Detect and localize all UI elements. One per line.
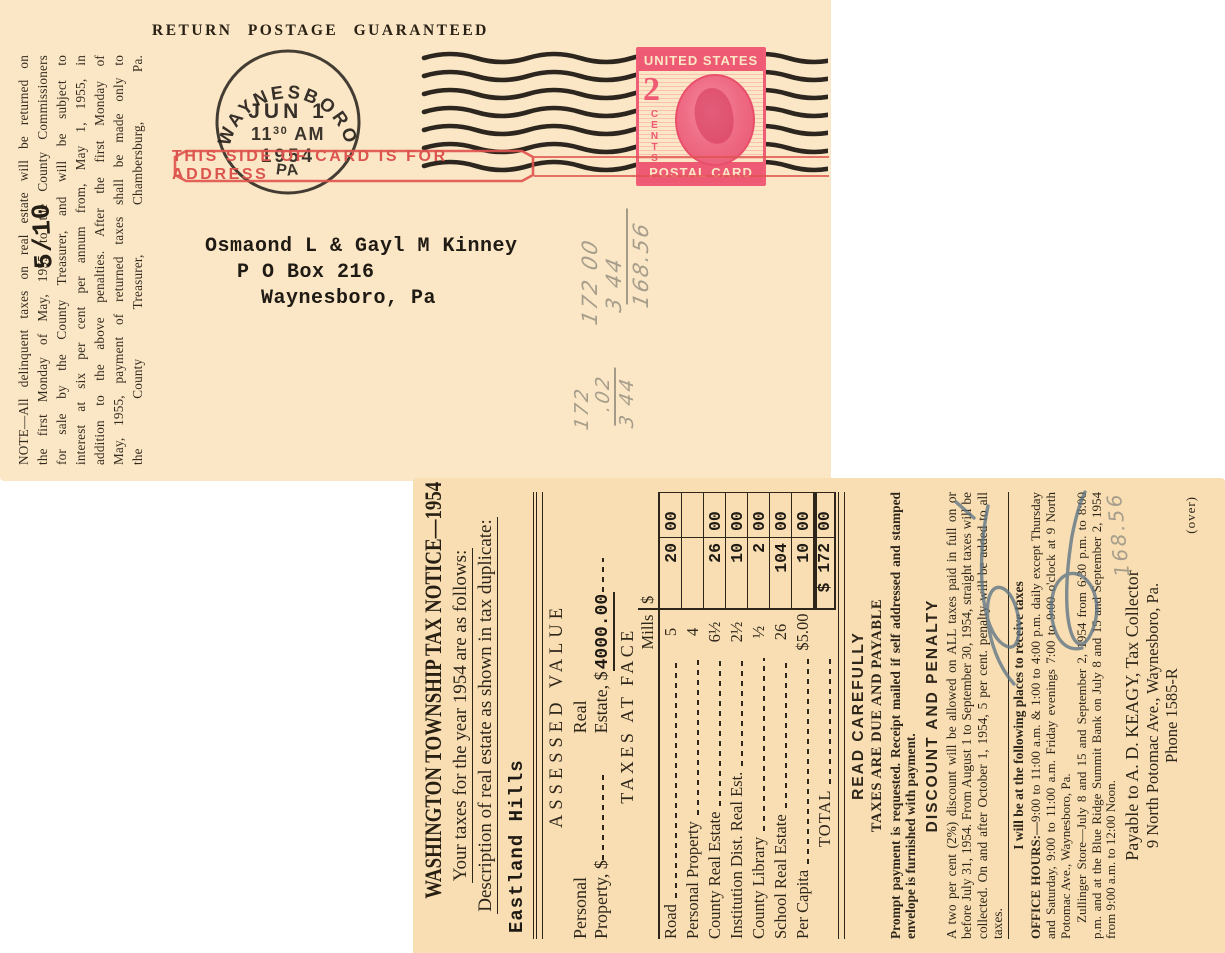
pencil-subtraction: 172 00 3 44 168.56 bbox=[578, 190, 653, 338]
note-line: the County Treasurer, Chambersburg, Pa. bbox=[128, 55, 147, 465]
note-line: addition to the above penalties. After t… bbox=[90, 55, 109, 465]
tax-row-cents: 00 bbox=[660, 493, 681, 537]
tax-table-row: County Library ½ 2 00 bbox=[748, 492, 770, 939]
dash-leader bbox=[675, 658, 677, 898]
tax-row-mills: 2½ bbox=[727, 610, 748, 654]
trailing-dashes bbox=[602, 558, 604, 592]
tax-row-dollars: 26 bbox=[704, 537, 725, 608]
postcard-scan: NOTE—All delinquent taxes on real estate… bbox=[0, 0, 1225, 953]
tax-row-dollars: 104 bbox=[770, 537, 791, 608]
personal-property-field: Personal Property, $ bbox=[570, 733, 614, 939]
tax-table: 168.56 Road 5 20 00 Personal Property 4 … bbox=[660, 492, 836, 939]
assessed-value-row: Personal Property, $ Real Estate, $4000.… bbox=[570, 492, 614, 939]
tax-row-label: County Library bbox=[749, 837, 770, 939]
typed-overprint: 5/10 bbox=[26, 202, 59, 270]
tax-row-mills bbox=[835, 610, 836, 654]
tax-row-label: County Real Estate bbox=[705, 812, 726, 939]
tax-row-cents: 00 bbox=[704, 493, 725, 537]
tax-row-cents: 00 bbox=[792, 493, 813, 537]
tax-table-header: Mills $ bbox=[638, 492, 660, 939]
tax-table-row: TOTAL $ 172 00 bbox=[814, 492, 836, 939]
tax-table-row: School Real Estate 26 104 00 bbox=[770, 492, 792, 939]
banner-extension-line bbox=[534, 175, 829, 177]
double-rule bbox=[838, 492, 845, 939]
dash-leader bbox=[807, 658, 809, 864]
stamp-denomination: 2 bbox=[643, 73, 660, 107]
tax-row-mills: 6½ bbox=[705, 610, 726, 654]
tax-row-mills: $5.00 bbox=[793, 610, 814, 654]
over-note: (over) bbox=[1183, 492, 1199, 939]
office-hours-label: OFFICE HOURS:— bbox=[1028, 822, 1043, 939]
stamp-center: 2 CENTS bbox=[639, 71, 763, 162]
tax-row-cents: 00 bbox=[748, 493, 769, 537]
tax-row-amount: 10 00 bbox=[726, 492, 748, 610]
amount-column-header: $ bbox=[638, 492, 658, 610]
postcard-tax-side: WASHINGTON TOWNSHIP TAX NOTICE—1954 TAXE… bbox=[413, 478, 1225, 953]
tax-table-row: Road 5 20 00 bbox=[660, 492, 682, 939]
pencil-multiplication: 172 .02 3 44 bbox=[572, 338, 638, 440]
subtitle-taxes: Your taxes for the year 1954 are as foll… bbox=[450, 492, 472, 939]
subtitle-description: Description of real estate as shown in t… bbox=[475, 492, 497, 939]
pencil-subtrahend: 3 44 bbox=[602, 195, 626, 314]
stamp-type-label: POSTAL CARD bbox=[639, 162, 763, 183]
return-postage-heading: RETURN POSTAGE GUARANTEED bbox=[152, 22, 489, 40]
tax-row-label: Personal Property bbox=[683, 821, 704, 939]
mills-column-header: Mills bbox=[638, 610, 658, 654]
banner-label: THIS SIDE OF CARD IS FOR ADDRESS bbox=[172, 148, 536, 184]
postmark-date: JUN 1 bbox=[248, 100, 328, 123]
prompt-payment-paragraph: Prompt payment is requested. Receipt mai… bbox=[888, 492, 919, 939]
tax-row-cents: 00 bbox=[817, 493, 834, 537]
tax-row-amount: 26 00 bbox=[704, 492, 726, 610]
tax-row-mills: 5 bbox=[661, 610, 682, 654]
pencil-multiplicand: 172 bbox=[572, 338, 593, 432]
tax-row-dollars: 10 bbox=[792, 537, 813, 608]
collector-address-line: 9 North Potomac Ave., Waynesboro, Pa. bbox=[1143, 492, 1162, 939]
places-heading: I will be at the following places to rec… bbox=[1011, 492, 1027, 939]
tax-row-mills: 4 bbox=[683, 610, 704, 654]
tax-row-cents bbox=[682, 493, 703, 537]
addressee-name: Osmaond L & Gayl M Kinney bbox=[205, 234, 518, 260]
tax-row-cents: 00 bbox=[726, 493, 747, 537]
address-po-box: P O Box 216 bbox=[237, 260, 518, 286]
thin-rule bbox=[1008, 492, 1009, 939]
taxes-at-face-heading: TAXES AT FACE bbox=[617, 492, 638, 939]
pencil-multiplier: .02 bbox=[593, 342, 614, 414]
tax-row-amount: 2 00 bbox=[748, 492, 770, 610]
tax-notice-title: WASHINGTON TOWNSHIP TAX NOTICE—1954 TAXE… bbox=[421, 532, 447, 899]
property-name: Eastland Hills bbox=[506, 759, 528, 933]
postcard-address-side: NOTE—All delinquent taxes on real estate… bbox=[0, 0, 831, 481]
tax-row-amount: $ 172 00 bbox=[814, 492, 836, 610]
tax-row-mills: ½ bbox=[749, 610, 770, 654]
tax-row-label: Per Capita bbox=[793, 870, 814, 939]
discount-penalty-paragraph: A two per cent (2%) discount will be all… bbox=[944, 492, 1006, 939]
tax-row-label: School Real Estate bbox=[771, 814, 792, 939]
blank-dashes bbox=[602, 774, 604, 860]
read-carefully-heading: READ CAREFULLY bbox=[850, 492, 868, 939]
discount-penalty-heading: DISCOUNT AND PENALTY bbox=[924, 492, 942, 939]
tax-table-row: Personal Property 4 bbox=[682, 492, 704, 939]
note-line: May, 1955, payment of returned taxes sha… bbox=[109, 55, 128, 465]
postage-imprint: UNITED STATES 2 CENTS POSTAL CARD bbox=[636, 47, 766, 186]
franklin-portrait-oval bbox=[675, 74, 755, 166]
tax-row-amount bbox=[682, 492, 704, 610]
dash-leader bbox=[785, 658, 787, 808]
tax-row-label: TOTAL bbox=[815, 790, 836, 847]
pencil-minuend: 172 00 bbox=[578, 190, 602, 327]
tax-table-row: Per Capita $5.00 10 00 bbox=[792, 492, 814, 939]
pencil-difference: 168.56 bbox=[626, 208, 653, 310]
tax-row-dollars: 2 bbox=[748, 537, 769, 608]
tax-row-dollars: $ 172 bbox=[817, 537, 834, 608]
double-rule bbox=[536, 492, 543, 939]
tax-row-label: Institution Dist. Real Est. bbox=[727, 772, 748, 939]
due-payable-line: TAXES ARE DUE AND PAYABLE bbox=[869, 492, 886, 939]
office-hours-paragraph: OFFICE HOURS:—9:00 to 11:00 a.m. & 1:00 … bbox=[1029, 492, 1073, 939]
delinquent-tax-note: NOTE—All delinquent taxes on real estate… bbox=[14, 55, 152, 465]
tax-row-cents: 00 bbox=[770, 493, 791, 537]
tax-row-dollars: 10 bbox=[726, 537, 747, 608]
address-city-state: Waynesboro, Pa bbox=[261, 286, 518, 312]
dash-leader bbox=[697, 658, 699, 815]
pencil-product: 3 44 bbox=[614, 367, 638, 429]
real-estate-field: Real Estate, $4000.00 bbox=[570, 492, 614, 733]
tax-row-dollars: 20 bbox=[660, 537, 681, 608]
tax-table-row: County Real Estate 6½ 26 00 bbox=[704, 492, 726, 939]
banner-extension-line bbox=[534, 156, 829, 158]
note-line: interest at six per cent per annum from,… bbox=[71, 55, 90, 465]
postmark-time: 1130 AM bbox=[251, 124, 325, 144]
dash-leader bbox=[763, 658, 765, 831]
dash-leader bbox=[719, 658, 721, 806]
dash-leader bbox=[829, 658, 831, 784]
tax-row-amount: 10 00 bbox=[792, 492, 814, 610]
assessed-value-heading: ASSESSED VALUE bbox=[547, 492, 568, 939]
tax-row-dollars bbox=[682, 537, 703, 608]
stamp-country-label: UNITED STATES bbox=[639, 50, 763, 71]
tax-row-amount: 104 00 bbox=[770, 492, 792, 610]
tax-table-row: Institution Dist. Real Est. 2½ 10 00 bbox=[726, 492, 748, 939]
tax-row-label: Road bbox=[661, 904, 682, 939]
recipient-address: Osmaond L & Gayl M Kinney P O Box 216 Wa… bbox=[205, 234, 518, 312]
dash-leader bbox=[741, 658, 743, 766]
collector-phone-line: Phone 1585-R bbox=[1162, 492, 1181, 939]
property-description-line: Eastland Hills bbox=[506, 492, 534, 939]
address-side-banner: THIS SIDE OF CARD IS FOR ADDRESS bbox=[172, 148, 536, 184]
tax-notice-content: WASHINGTON TOWNSHIP TAX NOTICE—1954 TAXE… bbox=[413, 478, 1225, 953]
tax-row-amount: 20 00 bbox=[660, 492, 682, 610]
real-estate-value: 4000.00 bbox=[593, 592, 615, 672]
tax-row-mills: 26 bbox=[771, 610, 792, 654]
